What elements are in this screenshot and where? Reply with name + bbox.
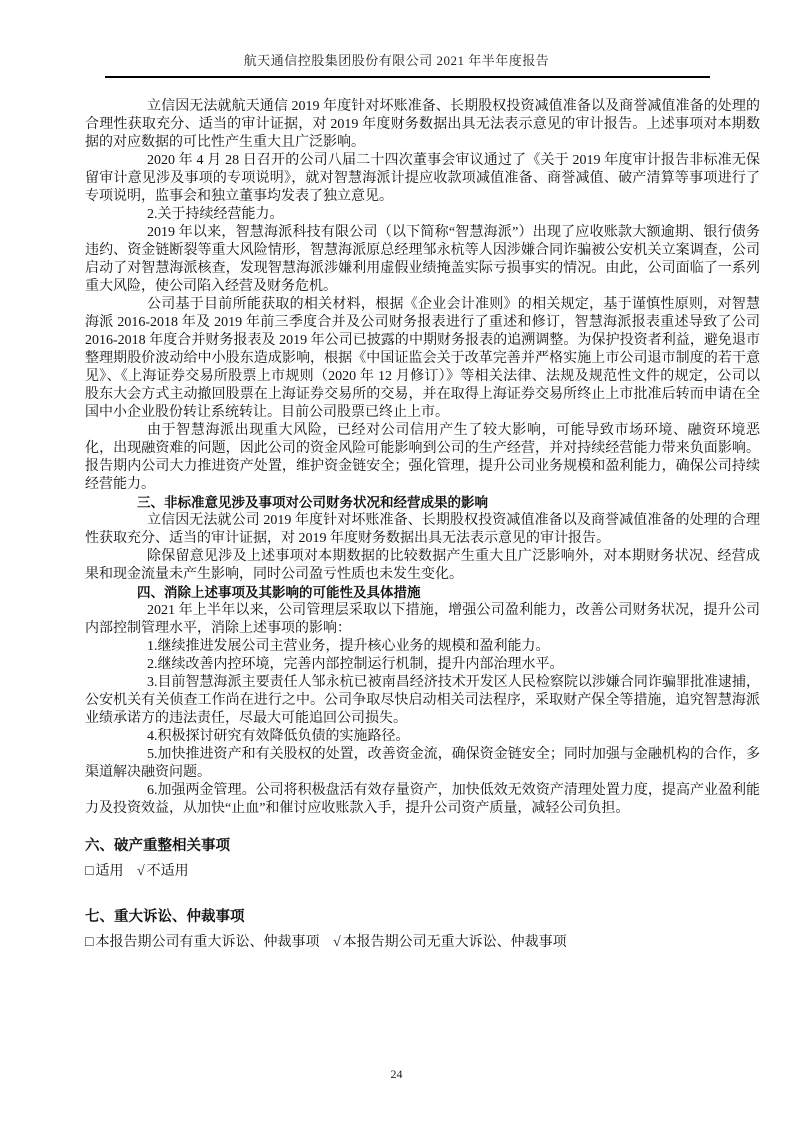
paragraph: 由于智慧海派出现重大风险，已经对公司信用产生了较大影响，可能导致市场环境、融资环… — [85, 422, 760, 494]
checkbox-unchecked-icon: □ — [85, 864, 93, 879]
option-label: 本报告期公司无重大诉讼、仲裁事项 — [343, 935, 567, 950]
document-body: 立信因无法就航天通信 2019 年度针对坏账准备、长期股权投资减值准备以及商誉减… — [85, 98, 760, 818]
section-heading-four: 四、消除上述事项及其影响的可能性及具体措施 — [85, 584, 760, 602]
section-six-applicability: □适用 √不适用 — [85, 863, 760, 881]
page-number: 24 — [391, 1067, 403, 1081]
list-item: 3.目前智慧海派主要责任人邹永杭已被南昌经济技术开发区人民检察院以涉嫌合同诈骗罪… — [85, 674, 760, 728]
option-has-litigation: □本报告期公司有重大诉讼、仲裁事项 — [85, 935, 323, 950]
header-title: 航天通信控股集团股份有限公司 2021 年半年度报告 — [244, 53, 550, 68]
section-seven-statement: □本报告期公司有重大诉讼、仲裁事项 √本报告期公司无重大诉讼、仲裁事项 — [85, 934, 760, 952]
option-label: 适用 — [95, 864, 123, 879]
paragraph: 公司基于目前所能获取的相关材料，根据《企业会计准则》的相关规定，基于谨慎性原则，… — [85, 296, 760, 422]
paragraph: 2.关于持续经营能力。 — [85, 206, 760, 224]
option-not-applicable: √不适用 — [137, 864, 189, 879]
paragraph: 2019 年以来，智慧海派科技有限公司（以下简称“智慧海派”）出现了应收账款大额… — [85, 224, 760, 296]
option-no-litigation: √本报告期公司无重大诉讼、仲裁事项 — [333, 935, 567, 950]
option-applicable: □适用 — [85, 864, 127, 879]
list-item: 2.继续改善内控环境，完善内部控制运行机制，提升内部治理水平。 — [85, 656, 760, 674]
list-item: 1.继续推进发展公司主营业务，提升核心业务的规模和盈利能力。 — [85, 638, 760, 656]
list-item: 5.加快推进资产和有关股权的处置，改善资金流，确保资金链安全；同时加强与金融机构… — [85, 746, 760, 782]
list-item: 4.积极探讨研究有效降低负债的实施路径。 — [85, 728, 760, 746]
option-label: 不适用 — [147, 864, 189, 879]
section-six: 六、破产重整相关事项 □适用 √不适用 — [85, 836, 760, 881]
paragraph: 立信因无法就公司 2019 年度针对坏账准备、长期股权投资减值准备以及商誉减值准… — [85, 512, 760, 548]
check-mark-icon: √ — [137, 864, 145, 879]
paragraph: 立信因无法就航天通信 2019 年度针对坏账准备、长期股权投资减值准备以及商誉减… — [85, 98, 760, 152]
check-mark-icon: √ — [333, 935, 341, 950]
page-header: 航天通信控股集团股份有限公司 2021 年半年度报告 — [0, 0, 793, 69]
option-label: 本报告期公司有重大诉讼、仲裁事项 — [95, 935, 319, 950]
section-heading-three: 三、非标准意见涉及事项对公司财务状况和经营成果的影响 — [85, 494, 760, 512]
paragraph: 2020 年 4 月 28 日召开的公司八届二十四次董事会审议通过了《关于 20… — [85, 152, 760, 206]
page-footer: 24 — [0, 1067, 793, 1082]
section-seven-heading: 七、重大诉讼、仲裁事项 — [85, 907, 760, 927]
section-seven: 七、重大诉讼、仲裁事项 □本报告期公司有重大诉讼、仲裁事项 √本报告期公司无重大… — [85, 907, 760, 952]
report-page: 航天通信控股集团股份有限公司 2021 年半年度报告 立信因无法就航天通信 20… — [0, 0, 793, 1122]
list-item: 6.加强两金管理。公司将积极盘活有效存量资产，加快低效无效资产清理处置力度，提高… — [85, 782, 760, 818]
section-six-heading: 六、破产重整相关事项 — [85, 836, 760, 856]
paragraph: 除保留意见涉及上述事项对本期数据的比较数据产生重大且广泛影响外，对本期财务状况、… — [85, 548, 760, 584]
header-rule — [105, 76, 710, 78]
paragraph: 2021 年上半年以来，公司管理层采取以下措施，增强公司盈利能力，改善公司财务状… — [85, 602, 760, 638]
checkbox-unchecked-icon: □ — [85, 935, 93, 950]
